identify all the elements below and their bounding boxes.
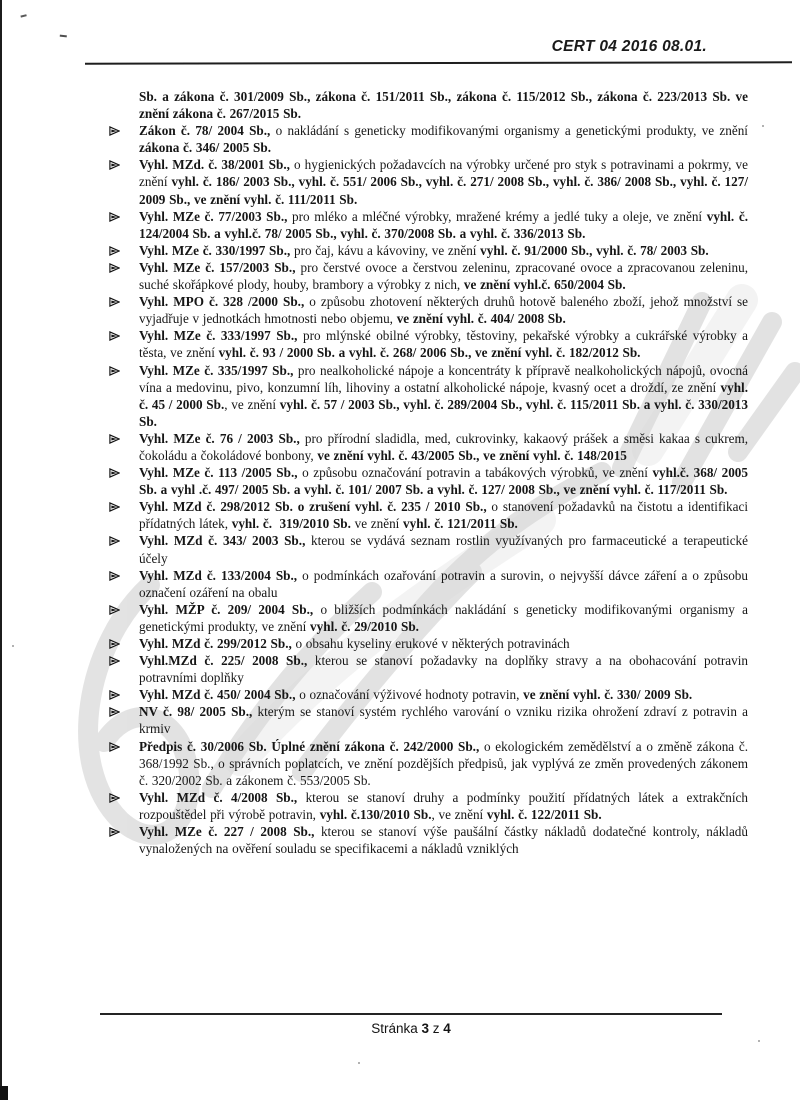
- text-segment: vyhl. č. 29/2010 Sb.: [310, 619, 419, 634]
- text-segment: ve znění vyhl. č. 330/ 2009 Sb.: [523, 687, 692, 702]
- list-item: Vyhl. MZe č. 227 / 2008 Sb., kterou se s…: [106, 823, 748, 857]
- list-item: Vyhl. MZe č. 335/1997 Sb., pro nealkohol…: [106, 362, 748, 430]
- text-segment: o označování výživové hodnoty potravin,: [296, 687, 524, 702]
- item-text: Vyhl. MZe č. 330/1997 Sb., pro čaj, kávu…: [139, 242, 748, 259]
- item-text: Vyhl. MZe č. 76 / 2003 Sb., pro přírodní…: [139, 430, 748, 464]
- text-segment: 3: [421, 1021, 429, 1036]
- text-segment: , ve znění: [432, 807, 487, 822]
- text-segment: vyhl. č. 121/2011 Sb.: [403, 516, 518, 531]
- text-segment: Vyhl. MZd č. 133/2004 Sb.,: [139, 568, 297, 583]
- right-arrowhead-bullet-icon: [106, 601, 139, 616]
- item-text: Vyhl. MZe č. 333/1997 Sb., pro mlýnské o…: [139, 327, 748, 361]
- text-segment: Vyhl. MŽP č. 209/ 2004 Sb.,: [139, 602, 313, 617]
- text-segment: vyhl. č. 186/ 2003 Sb., vyhl. č. 551/ 20…: [139, 174, 752, 206]
- right-arrowhead-bullet-icon: [106, 823, 139, 838]
- text-segment: NV č. 98/ 2005 Sb.,: [139, 704, 252, 719]
- text-segment: pro mléko a mléčné výrobky, mražené krém…: [287, 209, 706, 224]
- right-arrowhead-bullet-icon: [106, 703, 139, 718]
- item-text: Vyhl. MZe č. 157/2003 Sb., pro čerstvé o…: [139, 259, 748, 293]
- text-segment: Vyhl. MZd č. 343/ 2003 Sb.,: [139, 533, 305, 548]
- list-item: Zákon č. 78/ 2004 Sb., o nakládání s gen…: [106, 122, 748, 156]
- scan-edge-line: [0, 0, 2, 1100]
- item-text: Vyhl. MZe č. 335/1997 Sb., pro nealkohol…: [139, 362, 748, 430]
- item-text: Vyhl. MŽP č. 209/ 2004 Sb., o bližších p…: [139, 601, 748, 635]
- list-item: Vyhl. MZe č. 330/1997 Sb., pro čaj, kávu…: [106, 242, 748, 259]
- right-arrowhead-bullet-icon: [106, 464, 139, 479]
- right-arrowhead-bullet-icon: [106, 789, 139, 804]
- pen-mark: [60, 31, 68, 38]
- text-segment: vyhl. č. 93 / 2000 Sb. a vyhl. č. 268/ 2…: [219, 345, 641, 360]
- item-text: Vyhl. MZd. č. 38/2001 Sb., o hygienickýc…: [139, 156, 748, 207]
- list-item: NV č. 98/ 2005 Sb., kterým se stanoví sy…: [106, 703, 748, 737]
- text-segment: Vyhl. MZd č. 4/2008 Sb.,: [139, 790, 297, 805]
- item-text: Vyhl. MZd č. 133/2004 Sb., o podmínkách …: [139, 567, 748, 601]
- text-segment: 4: [443, 1021, 451, 1036]
- item-text: Předpis č. 30/2006 Sb. Úplné znění zákon…: [139, 738, 748, 789]
- scan-speck: [530, 252, 532, 254]
- text-segment: z: [429, 1021, 443, 1036]
- list-item: Vyhl. MZe č. 77/2003 Sb., pro mléko a ml…: [106, 208, 748, 242]
- list-item: Vyhl. MZd č. 4/2008 Sb., kterou se stano…: [106, 789, 748, 823]
- right-arrowhead-bullet-icon: [106, 738, 139, 753]
- text-segment: Vyhl. MZe č. 157/2003 Sb.,: [139, 260, 296, 275]
- right-arrowhead-bullet-icon: [106, 567, 139, 582]
- item-text: Vyhl. MZd č. 4/2008 Sb., kterou se stano…: [139, 789, 748, 823]
- text-segment: Vyhl. MZd. č. 38/2001 Sb.,: [139, 157, 290, 172]
- right-arrowhead-bullet-icon: [106, 498, 139, 513]
- text-segment: ve znění vyhl. č. 43/2005 Sb., ve znění …: [317, 448, 627, 463]
- list-item: Vyhl. MZe č. 76 / 2003 Sb., pro přírodní…: [106, 430, 748, 464]
- right-arrowhead-bullet-icon: [106, 242, 139, 257]
- item-text: Vyhl. MZd č. 299/2012 Sb., o obsahu kyse…: [139, 635, 748, 652]
- right-arrowhead-bullet-icon: [106, 686, 139, 701]
- item-text: NV č. 98/ 2005 Sb., kterým se stanoví sy…: [139, 703, 748, 737]
- text-segment: ve znění vyhl.č. 650/2004 Sb.: [464, 277, 626, 292]
- list-item: Vyhl. MZd č. 298/2012 Sb. o zrušení vyhl…: [106, 498, 748, 532]
- text-segment: vyhl. č. 122/2011 Sb.: [487, 807, 602, 822]
- text-segment: Vyhl. MZe č. 76 / 2003 Sb.,: [139, 431, 300, 446]
- right-arrowhead-bullet-icon: [106, 532, 139, 547]
- text-segment: pro čaj, kávu a kávoviny, ve znění: [290, 243, 480, 258]
- regulation-list: Zákon č. 78/ 2004 Sb., o nakládání s gen…: [106, 122, 748, 857]
- scan-speck: [358, 1062, 360, 1064]
- right-arrowhead-bullet-icon: [106, 259, 139, 274]
- text-segment: zákona č. 346/ 2005 Sb.: [139, 140, 271, 155]
- scan-speck: [758, 1040, 760, 1042]
- text-segment: o nakládání s geneticky modifikovanými o…: [270, 123, 751, 138]
- list-item: Vyhl. MZe č. 157/2003 Sb., pro čerstvé o…: [106, 259, 748, 293]
- right-arrowhead-bullet-icon: [106, 122, 139, 137]
- list-item: Vyhl. MŽP č. 209/ 2004 Sb., o bližších p…: [106, 601, 748, 635]
- text-segment: Vyhl. MZe č. 335/1997 Sb.,: [139, 363, 293, 378]
- text-segment: Vyhl. MPO č. 328 /2000 Sb.,: [139, 294, 304, 309]
- text-segment: Vyhl. MZd č. 298/2012 Sb. o zrušení vyhl…: [139, 499, 487, 514]
- text-segment: vyhl. č. 91/2000 Sb., vyhl. č. 78/ 2003 …: [480, 243, 709, 258]
- footer-rule: [100, 1013, 722, 1015]
- list-item: Vyhl. MZd č. 133/2004 Sb., o podmínkách …: [106, 567, 748, 601]
- right-arrowhead-bullet-icon: [106, 652, 139, 667]
- item-text: Vyhl. MPO č. 328 /2000 Sb., o způsobu zh…: [139, 293, 748, 327]
- text-segment: Vyhl. MZe č. 333/1997 Sb.,: [139, 328, 297, 343]
- right-arrowhead-bullet-icon: [106, 208, 139, 223]
- right-arrowhead-bullet-icon: [106, 156, 139, 171]
- document-code: CERT 04 2016 08.01.: [552, 38, 707, 56]
- right-arrowhead-bullet-icon: [106, 362, 139, 377]
- text-segment: Sb. a zákona č. 301/2009 Sb., zákona č. …: [139, 89, 752, 121]
- text-segment: Stránka: [371, 1021, 421, 1036]
- text-segment: ve znění vyhl. č. 404/ 2008 Sb.: [397, 311, 566, 326]
- intro-paragraph: Sb. a zákona č. 301/2009 Sb., zákona č. …: [139, 88, 748, 122]
- item-text: Vyhl. MZd č. 298/2012 Sb. o zrušení vyhl…: [139, 498, 748, 532]
- scan-edge-blob: [0, 1086, 8, 1100]
- text-segment: Vyhl. MZd č. 299/2012 Sb.,: [139, 636, 292, 651]
- right-arrowhead-bullet-icon: [106, 635, 139, 650]
- item-text: Vyhl. MZd č. 343/ 2003 Sb., kterou se vy…: [139, 532, 748, 566]
- text-segment: vyhl. č.130/2010 Sb.: [320, 807, 432, 822]
- scan-speck: [12, 645, 14, 647]
- item-text: Vyhl. MZe č. 77/2003 Sb., pro mléko a ml…: [139, 208, 748, 242]
- text-segment: , ve znění: [224, 397, 280, 412]
- list-item: Vyhl. MZd č. 450/ 2004 Sb., o označování…: [106, 686, 748, 703]
- item-text: Zákon č. 78/ 2004 Sb., o nakládání s gen…: [139, 122, 748, 156]
- right-arrowhead-bullet-icon: [106, 327, 139, 342]
- text-segment: Vyhl. MZe č. 330/1997 Sb.,: [139, 243, 290, 258]
- document-body: Sb. a zákona č. 301/2009 Sb., zákona č. …: [106, 88, 748, 857]
- scanned-document-page: CERT 04 2016 08.01. Sb. a zákona č. 301/…: [0, 0, 800, 1100]
- list-item: Vyhl.MZd č. 225/ 2008 Sb., kterou se sta…: [106, 652, 748, 686]
- list-item: Vyhl. MZe č. 113 /2005 Sb., o způsobu oz…: [106, 464, 748, 498]
- text-segment: Vyhl. MZe č. 113 /2005 Sb.,: [139, 465, 298, 480]
- text-segment: vyhl. č. 319/2010 Sb.: [232, 516, 351, 531]
- text-segment: Vyhl. MZe č. 227 / 2008 Sb.,: [139, 824, 314, 839]
- list-item: Vyhl. MZd č. 343/ 2003 Sb., kterou se vy…: [106, 532, 748, 566]
- text-segment: Vyhl. MZd č. 450/ 2004 Sb.,: [139, 687, 296, 702]
- text-segment: o způsobu označování potravin a tabákový…: [298, 465, 653, 480]
- text-segment: Předpis č. 30/2006 Sb. Úplné znění zákon…: [139, 739, 479, 754]
- text-segment: Vyhl.MZd č. 225/ 2008 Sb.,: [139, 653, 307, 668]
- list-item: Vyhl. MPO č. 328 /2000 Sb., o způsobu zh…: [106, 293, 748, 327]
- list-item: Předpis č. 30/2006 Sb. Úplné znění zákon…: [106, 738, 748, 789]
- item-text: Vyhl.MZd č. 225/ 2008 Sb., kterou se sta…: [139, 652, 748, 686]
- list-item: Vyhl. MZd č. 299/2012 Sb., o obsahu kyse…: [106, 635, 748, 652]
- text-segment: Zákon č. 78/ 2004 Sb.,: [139, 123, 270, 138]
- list-item: Vyhl. MZd. č. 38/2001 Sb., o hygienickýc…: [106, 156, 748, 207]
- item-text: Vyhl. MZe č. 113 /2005 Sb., o způsobu oz…: [139, 464, 748, 498]
- text-segment: ve znění: [351, 516, 403, 531]
- right-arrowhead-bullet-icon: [106, 430, 139, 445]
- item-text: Vyhl. MZd č. 450/ 2004 Sb., o označování…: [139, 686, 748, 703]
- scan-speck: [762, 125, 764, 127]
- list-item: Vyhl. MZe č. 333/1997 Sb., pro mlýnské o…: [106, 327, 748, 361]
- item-text: Vyhl. MZe č. 227 / 2008 Sb., kterou se s…: [139, 823, 748, 857]
- page-number: Stránka 3 z 4: [100, 1021, 722, 1036]
- text-segment: Vyhl. MZe č. 77/2003 Sb.,: [139, 209, 287, 224]
- right-arrowhead-bullet-icon: [106, 293, 139, 308]
- text-segment: o obsahu kyseliny erukové v některých po…: [292, 636, 570, 651]
